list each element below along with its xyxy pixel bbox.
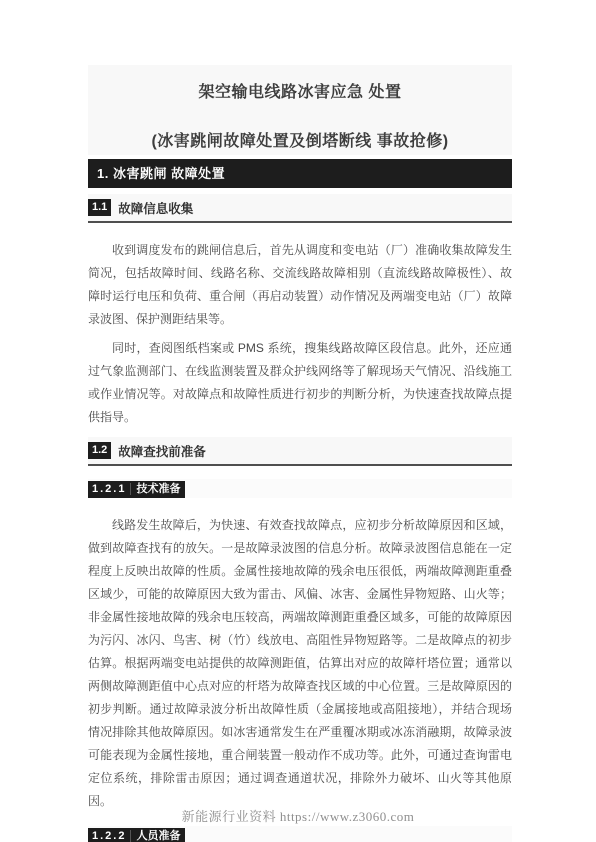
section-1-2-2-label: 人员准备 [136, 830, 180, 842]
section-1-2-2-number: 1.2.2 [90, 830, 131, 842]
section-1-2-1-heading: 1.2.1技术准备 [88, 481, 185, 498]
section-1-1-label: 故障信息收集 [118, 199, 193, 217]
footer-watermark: 新能源行业资料 https://www.z3060.com [0, 806, 596, 825]
section-1-2-label: 故障查找前准备 [118, 442, 206, 460]
section-1-2-1-heading-row: 1.2.1技术准备 [88, 479, 512, 498]
section-1-heading: 1. 冰害跳闸 故障处置 [88, 159, 512, 188]
section-1-2-2-heading-row: 1.2.2人员准备 [88, 826, 512, 842]
document-page: 架空输电线路冰害应急 处置 (冰害跳闸故障处置及倒塔断线 事故抢修) 1. 冰害… [0, 0, 596, 842]
section-1-2-number-badge: 1.2 [88, 442, 111, 459]
section-1-2-heading: 1.2 故障查找前准备 [88, 437, 512, 466]
document-content: 架空输电线路冰害应急 处置 (冰害跳闸故障处置及倒塔断线 事故抢修) 1. 冰害… [88, 65, 512, 842]
paragraph-fault-info-collection-1: 收到调度发布的跳闸信息后，首先从调度和变电站（厂）准确收集故障发生简况，包括故障… [88, 239, 512, 331]
document-subtitle: (冰害跳闸故障处置及倒塔断线 事故抢修) [88, 128, 512, 151]
paragraph-fault-info-collection-2: 同时，查阅图纸档案或 PMS 系统，搜集线路故障区段信息。此外，还应通过气象监测… [88, 337, 512, 429]
section-1-2-1-label: 技术准备 [136, 483, 180, 495]
title-block: 架空输电线路冰害应急 处置 (冰害跳闸故障处置及倒塔断线 事故抢修) [88, 65, 512, 155]
section-1-1-heading: 1.1 故障信息收集 [88, 194, 512, 223]
paragraph-technical-preparation: 线路发生故障后，为快速、有效查找故障点，应初步分析故障原因和区域，做到故障查找有… [88, 514, 512, 813]
section-1-2-1-number: 1.2.1 [90, 483, 131, 495]
section-1-1-number-badge: 1.1 [88, 199, 111, 216]
section-1-2-2-heading: 1.2.2人员准备 [88, 828, 185, 842]
document-title: 架空输电线路冰害应急 处置 [88, 79, 512, 102]
